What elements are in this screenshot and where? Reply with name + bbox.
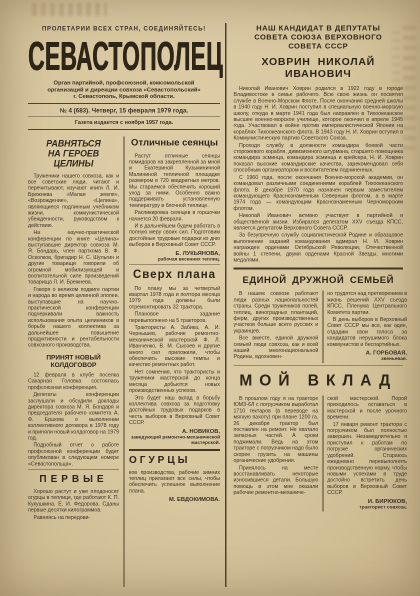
masthead-title-wrap: СЕВАСТОПОЛЕЦ (28, 35, 220, 78)
headline-ravnyatsya-line2: НА ГЕРОЕВ ЦЕЛИНЫ (28, 148, 119, 168)
headline-semya: ЕДИНОЙ ДРУЖНОЙ СЕМЬЕЙ (234, 275, 404, 286)
paragraph: 12 февраля в клубе поселка Сахарная Голо… (28, 372, 119, 391)
paragraph: В нашем совхозе работают люди разных нац… (234, 291, 319, 334)
divider (129, 449, 220, 451)
paragraph: В прошлом году я на тракторе ЮМЗ-6Л с по… (234, 396, 319, 464)
signature-role: тракторист совхоза. (327, 504, 407, 510)
masthead-subtitle-line2: организаций и дирекции совхоза «Севастоп… (28, 87, 220, 94)
divider (28, 129, 220, 130)
column-2: Отличные сеянцы Растут отличные сеянцы п… (124, 136, 221, 587)
headline-ravnyatsya: РАВНЯТЬСЯ НА ГЕРОЕВ ЦЕЛИНЫ (28, 138, 119, 168)
masthead-subtitle-line1: Орган партийной, профсоюзной, комсомольс… (28, 80, 220, 87)
divider (28, 116, 220, 117)
headline-ogurtsy: ОГУРЦЫ (129, 454, 220, 466)
masthead-subtitle: Орган партийной, профсоюзной, комсомольс… (28, 80, 220, 100)
divider (129, 264, 220, 265)
kandidat-overline-line2: СОВЕТА СОЮЗА ВЕРХОВНОГО (234, 33, 404, 42)
newspaper-scan: ПРОЛЕТАРИИ ВСЕХ СТРАН, СОЕДИНЯЙТЕСЬ! СЕВ… (0, 0, 420, 596)
paragraph: ской мастерской. Порой приходилось остав… (327, 396, 407, 421)
newspaper-page: ПРОЛЕТАРИИ ВСЕХ СТРАН, СОЕДИНЯЙТЕСЬ! СЕВ… (28, 23, 403, 587)
paragraph: Плановое задание перевыполнено на 5 трак… (129, 311, 220, 323)
paragraph: Равняясь на передови- (28, 514, 119, 520)
right-half: НАШ КАНДИДАТ В ДЕПУТАТЫ СОВЕТА СОЮЗА ВЕР… (227, 23, 404, 587)
masthead-founded-line: Газета издается с ноября 1957 года. (28, 119, 220, 127)
masthead-subtitle-line3: г. Севастополь, Крымской области. (28, 94, 220, 101)
masthead-issue-line: № 4 (683). Четверг, 15 февраля 1979 года… (28, 106, 220, 114)
semya-columns: В нашем совхозе работают люди разных нац… (234, 291, 404, 363)
paragraph: За безупречную службу социалистической Р… (234, 232, 404, 263)
paragraph: Это будет наш вклад в борьбу коллектива … (129, 395, 220, 426)
headline-ravnyatsya-line1: РАВНЯТЬСЯ (28, 138, 119, 148)
headline-sverh-plana: Сверх плана (129, 267, 220, 281)
paragraph: По плану мы за четвертый квартал 1978 го… (129, 285, 220, 310)
headline-khovrin: ХОВРИН НИКОЛАЙ ИВАНОВИЧ (234, 56, 404, 80)
divider (28, 103, 220, 104)
paragraph: Труженики нашего совхоза, как и все сове… (28, 173, 119, 229)
masthead-slogan: ПРОЛЕТАРИИ ВСЕХ СТРАН, СОЕДИНЯЙТЕСЬ! (28, 25, 220, 32)
vklad-columns: В прошлом году я на тракторе ЮМЗ-6Л с по… (234, 396, 404, 512)
vklad-column-right: ской мастерской. Порой приходилось остав… (322, 396, 407, 512)
paragraph: Нет сомнения, что трактористы и труженик… (129, 369, 220, 394)
spacer (234, 511, 404, 587)
paragraph: И в дальнейшем будем работать в полную м… (129, 223, 220, 248)
paragraph: Хорошо растут и уже плодоносят огурцы в … (28, 488, 119, 513)
paragraph: Подробный отчет о работе профсоюзной кон… (28, 442, 119, 467)
paragraph: Николай Иванович активно участвует в пар… (234, 213, 404, 232)
divider (28, 469, 119, 470)
paragraph: На научно-практической конференции по кн… (28, 230, 119, 286)
paragraph: но трудятся над претворением в жизнь реш… (327, 291, 407, 316)
signature-name: М. ЕВДОКИМОВА. (129, 497, 220, 503)
paragraph: Принялось на месте восстанавливать некот… (234, 465, 319, 496)
left-half: ПРОЛЕТАРИИ ВСЕХ СТРАН, СОЕДИНЯЙТЕСЬ! СЕВ… (28, 23, 227, 587)
paragraph: ков производства, рабочие зимних теплиц … (129, 469, 220, 494)
signature-role: звеньевая. (327, 356, 407, 362)
paragraph: С 1960 года, после окончания Военно-морс… (234, 174, 404, 211)
paragraph: Трактористы А. Забика, А. И. Чернышев, р… (129, 325, 220, 368)
semya-column-left: В нашем совхозе работают люди разных нац… (234, 291, 323, 363)
kandidat-overline: НАШ КАНДИДАТ В ДЕПУТАТЫ СОВЕТА СОЮЗА ВЕР… (234, 24, 404, 51)
paragraph: Проходя службу в должности командира бое… (234, 142, 404, 173)
paragraph: Распикировка сеянцев в горшочки начнется… (129, 210, 220, 222)
headline-seyantsy: Отличные сеянцы (129, 137, 220, 148)
masthead-title: СЕВАСТОПОЛЕЦ (28, 35, 143, 77)
paragraph: Растут отличные сеянцы помидоров на закр… (129, 153, 220, 209)
signature-role: заведующий ремонтно-механической мастерс… (129, 434, 220, 445)
kandidat-overline-line3: СОВЕТА СССР (234, 42, 404, 51)
paragraph: В день выборов в Верховный Совет СССР мы… (327, 317, 407, 348)
divider (234, 268, 404, 270)
column-1: РАВНЯТЬСЯ НА ГЕРОЕВ ЦЕЛИНЫ Труженики наш… (28, 136, 124, 587)
paragraph: Николай Иванович Ховрин родился в 1922 г… (234, 86, 404, 142)
paragraph: 17 января ремонт трактора с погрузчиком … (327, 421, 407, 495)
ink-bleed-top-left (32, 3, 107, 16)
semya-column-right: но трудятся над претворением в жизнь реш… (322, 291, 407, 363)
left-columns: РАВНЯТЬСЯ НА ГЕРОЕВ ЦЕЛИНЫ Труженики наш… (28, 136, 220, 587)
headline-pervye: ПЕРВЫЕ (28, 473, 119, 485)
ink-bleed-top-right (403, 20, 416, 150)
paragraph: Делегаты конференции заслушали и обсудил… (28, 392, 119, 442)
headline-koldogovor: ПРИНЯТ НОВЫЙ КОЛДОГОВОР (37, 353, 110, 368)
signature-role: рабочая весенних теплиц. (129, 256, 220, 262)
vklad-column-left: В прошлом году я на тракторе ЮМЗ-6Л с по… (234, 396, 323, 512)
kandidat-overline-line1: НАШ КАНДИДАТ В ДЕПУТАТЫ (234, 24, 404, 33)
divider (234, 365, 404, 366)
headline-vklad: МОЙ ВКЛАД (234, 372, 404, 390)
paragraph: Все вместе, единой дружной семьей люди с… (234, 335, 319, 360)
paragraph: Говоря о великом подвиге партии и народа… (28, 286, 119, 348)
